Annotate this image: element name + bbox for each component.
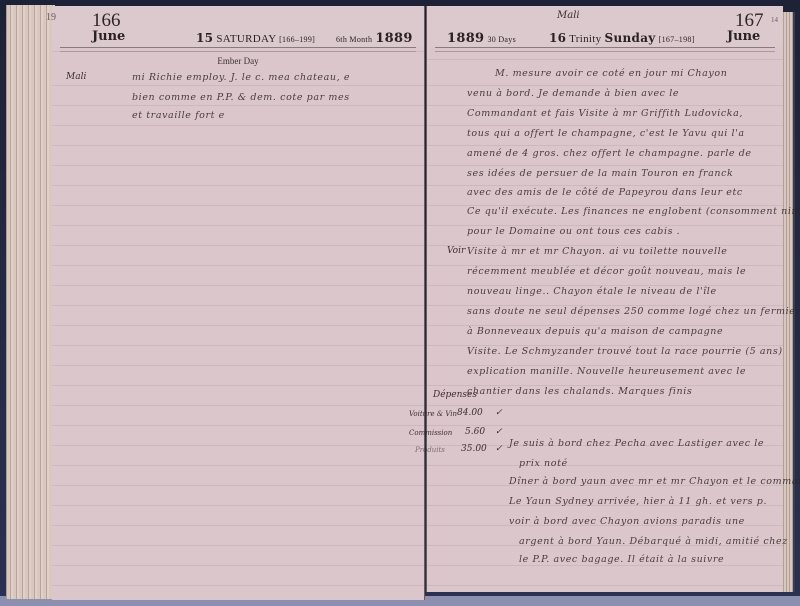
page-stack-left [6, 5, 55, 599]
right-page-year-days: 1889 30 Days [447, 31, 516, 46]
right-entry-line: tous qui a offert le champagne, c'est le… [467, 128, 745, 139]
closing-line: voir à bord avec Chayon avions paradis u… [509, 516, 745, 527]
check-icon: ✓ [495, 408, 503, 418]
check-icon: ✓ [495, 427, 503, 437]
right-days-label: 30 Days [487, 35, 516, 44]
left-header-rule [60, 47, 416, 52]
left-day-range: [166–199] [279, 35, 315, 44]
visit-line: récemment meublée et décor goût nouveau,… [467, 266, 746, 277]
right-page: Mali 1889 30 Days 16 Trinity Sunday [167… [426, 6, 783, 592]
right-entry-line: Ce qu'il exécute. Les finances ne englob… [467, 206, 800, 217]
right-corner-mark: 14 [771, 16, 778, 24]
right-date-day: 16 [549, 31, 566, 45]
visit-line: chantier dans les chalands. Marques fini… [467, 386, 692, 397]
left-page: 19 166 June 15 SATURDAY [166–199] 6th Mo… [52, 6, 425, 600]
left-page-month-year: 6th Month 1889 [336, 31, 413, 46]
visit-line: à Bonneveaux depuis qu'a maison de campa… [467, 326, 723, 337]
expense-item-label: Voiture & Vin [409, 410, 457, 418]
right-entry-line: ses idées de persuer de la main Touron e… [467, 168, 733, 179]
left-page-month: June [92, 29, 125, 44]
closing-line: Je suis à bord chez Pecha avec Lastiger … [509, 438, 764, 449]
right-page-month: June [727, 29, 760, 44]
visit-line: Visite à mr et mr Chayon. ai vu toilette… [467, 246, 727, 257]
left-date-day: 15 [196, 31, 213, 45]
check-icon: ✓ [495, 444, 503, 454]
expenses-label: Dépenses [433, 390, 477, 400]
observance-label: Ember Day [52, 56, 424, 66]
visit-line: sans doute ne seul dépenses 250 comme lo… [467, 306, 800, 317]
closing-line: le P.P. avec bagage. Il était à la suivr… [519, 554, 724, 565]
right-header-note: Mali [557, 10, 580, 21]
right-observance-prefix: Trinity [569, 33, 601, 45]
left-entry-line: bien comme en P.P. & dem. cote par mes [132, 92, 350, 103]
right-entry-line: avec des amis de le côté de Papeyrou dan… [467, 187, 743, 198]
visit-margin-label: Voir [447, 246, 465, 256]
visit-line: nouveau linge.. Chayon étale le niveau d… [467, 286, 717, 297]
right-entry-line: Commandant et fais Visite à mr Griffith … [467, 108, 743, 119]
expense-item-label: Produits [415, 446, 445, 454]
right-entry-line: M. mesure avoir ce coté en jour mi Chayo… [495, 68, 727, 79]
left-corner-mark: 19 [46, 12, 56, 23]
left-month-label: 6th Month [336, 35, 372, 44]
closing-line: prix noté [519, 458, 568, 469]
visit-line: explication manille. Nouvelle heureuseme… [467, 366, 746, 377]
right-entry-line: venu à bord. Je demande à bien avec le [467, 88, 679, 99]
left-year: 1889 [375, 31, 412, 46]
right-day-range: [167–198] [659, 35, 695, 44]
closing-line: argent à bord Yaun. Débarqué à midi, ami… [519, 536, 788, 547]
left-page-date: 15 SATURDAY [166–199] [196, 31, 315, 45]
left-entry-line: et travaille fort e [132, 110, 225, 121]
page-stack-right [781, 12, 795, 592]
left-entry-line: mi Richie employ. J. le c. mea chateau, … [132, 72, 350, 83]
expense-item-amount: 5.60 [465, 427, 485, 437]
closing-line: Dîner à bord yaun avec mr et mr Chayon e… [509, 476, 800, 487]
visit-line: Visite. Le Schmyzander trouvé tout la ra… [467, 346, 783, 357]
closing-line: Le Yaun Sydney arrivée, hier à 11 gh. et… [509, 496, 767, 507]
right-weekday: Sunday [605, 31, 656, 45]
left-margin-label: Mali [66, 72, 86, 82]
right-header-rule [435, 47, 775, 52]
left-weekday: SATURDAY [216, 33, 276, 45]
expense-item-amount: 35.00 [461, 444, 487, 454]
right-entry-line: amené de 4 gros. chez offert le champagn… [467, 148, 752, 159]
expense-item-label: Commission [409, 429, 452, 437]
right-year: 1889 [447, 31, 484, 46]
expense-item-amount: 84.00 [457, 408, 483, 418]
right-entry-line: pour le Domaine ou ont tous ces cabis . [467, 226, 680, 237]
right-page-date: 16 Trinity Sunday [167–198] [549, 31, 695, 45]
